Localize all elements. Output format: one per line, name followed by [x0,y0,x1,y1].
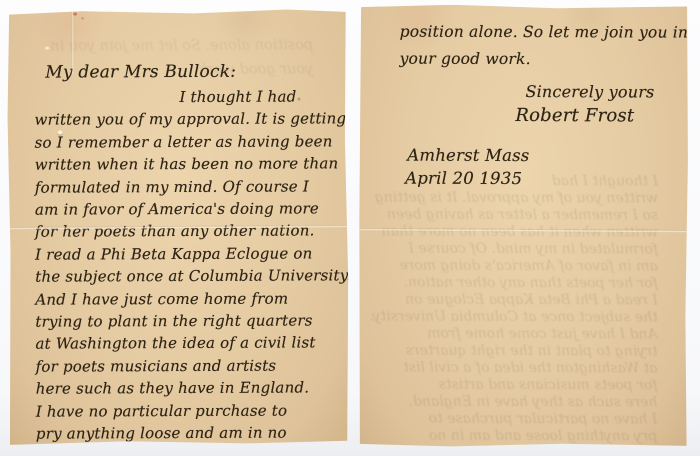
handwritten-line: I have no particular purchase to [36,399,343,423]
handwritten-line: pry anything loose and am in no [372,427,657,445]
handwritten-line: trying to plant in the right quarters [35,309,342,333]
handwritten-line: I read a Phi Beta Kappa Eclogue on [373,291,658,309]
date-line: April 20 1935 [405,169,688,189]
handwritten-line: written when it has been no more than [35,153,342,177]
handwritten-line: written when it has been no more than [373,223,658,241]
handwritten-line: position alone. So let me join you in [400,19,685,47]
handwritten-line: I have no particular purchase to [372,410,657,428]
handwritten-line: am in favor of America's doing more [35,197,342,221]
handwritten-line: trying to plant in the right quarters [373,342,658,360]
fold-crease [359,228,688,233]
paper-speck [45,47,49,50]
signature: Robert Frost [515,105,688,127]
handwritten-line: for her poets than any other nation. [35,220,342,244]
paper-speck [73,12,77,15]
handwritten-line: written you of my approval. It is gettin… [34,108,341,132]
handwritten-line: for poets musicians and artists [372,376,657,394]
handwritten-line: for her poets than any other nation. [373,274,658,292]
letter-body-right: position alone. So let me join you inyou… [400,19,685,74]
handwritten-line: here such as they have in England. [36,377,343,401]
handwritten-line: at Washington the idea of a civil list [35,332,342,356]
handwritten-line: And I have just come home from [373,325,658,343]
bleedthrough-text-right: I thought I hadwritten you of my approva… [358,172,688,445]
handwritten-line: pry anything loose and am in no [36,421,343,445]
handwritten-line: at Washington the idea of a civil list [372,359,657,377]
place-line: Amherst Mass [407,146,688,166]
letter-scan: position alone. So let me join you inyou… [0,0,700,456]
handwritten-line: written you of my approval. It is gettin… [373,189,658,207]
handwritten-line: so I remember a letter as having been [35,130,342,154]
handwritten-line: so I remember a letter as having been [373,206,658,224]
handwritten-line: I thought I had [34,85,341,109]
letter-page-left: position alone. So let me join you inyou… [7,9,349,445]
closing: Sincerely yours [525,82,688,102]
handwritten-line: am in favor of America's doing more [373,257,658,275]
letter-page-right: I thought I hadwritten you of my approva… [358,4,689,448]
handwritten-line: position alone. So let me join you in [17,33,313,58]
paper-speck [81,17,84,19]
handwritten-line: for poets musicians and artists [36,354,343,378]
handwritten-line: the subject once at Columbia University. [35,265,342,289]
handwritten-line: formulated in my mind. Of course I [35,175,342,199]
handwritten-line: And I have just come home from [35,287,342,311]
handwritten-line: here such as they have in England. [372,393,657,411]
letter-body-left: I thought I hadwritten you of my approva… [34,85,343,445]
handwritten-line: the subject once at Columbia University. [373,308,658,326]
handwritten-line: formulated in my mind. Of course I [373,240,658,258]
salutation: My dear Mrs Bullock: [45,59,347,84]
handwritten-line: I read a Phi Beta Kappa Eclogue on [35,242,342,266]
handwritten-line: your good work. [400,46,685,74]
